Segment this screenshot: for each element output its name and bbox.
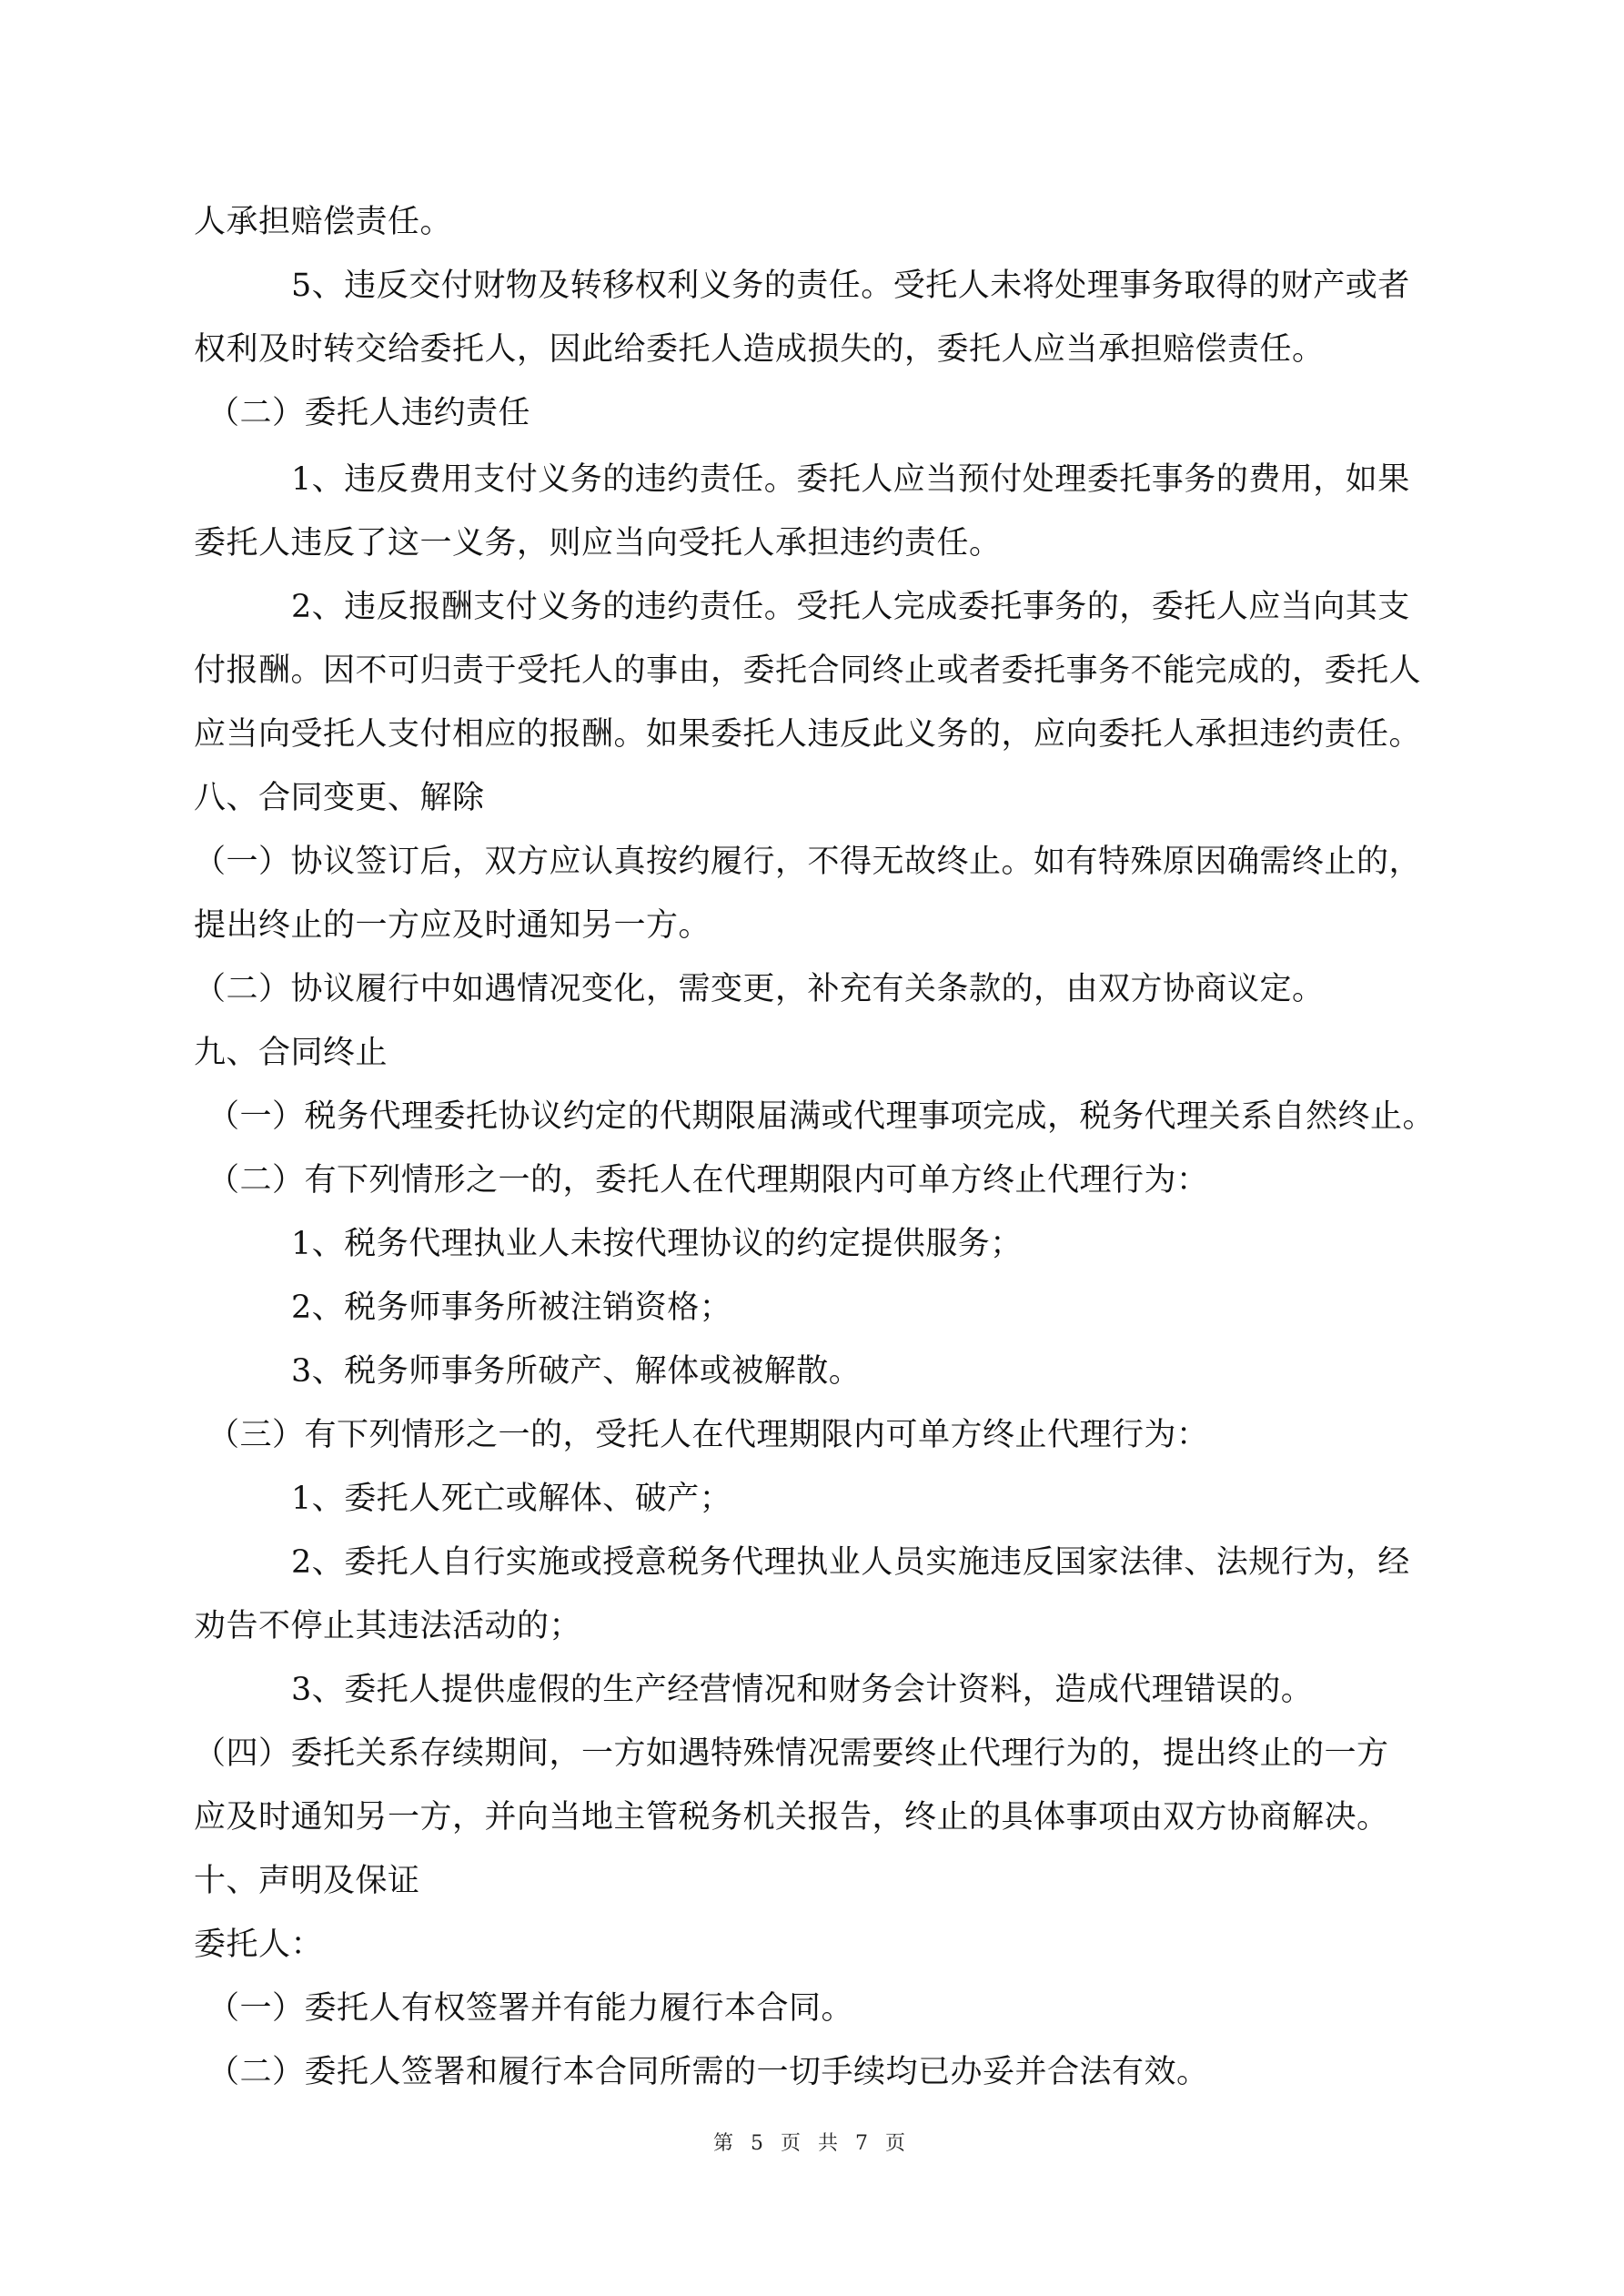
- document-line: 委托人：: [194, 1925, 323, 1965]
- document-line: 应及时通知另一方，并向当地主管税务机关报告，终止的具体事项由双方协商解决。: [194, 1797, 1389, 1837]
- document-line: 九、合同终止: [194, 1033, 388, 1073]
- document-line: 2、委托人自行实施或授意税务代理执业人员实施违反国家法律、法规行为，经: [291, 1542, 1410, 1583]
- document-line: 八、合同变更、解除: [194, 778, 485, 818]
- document-line: （二）协议履行中如遇情况变化，需变更，补充有关条款的，由双方协商议定。: [194, 969, 1325, 1009]
- document-line: 5、违反交付财物及转移权利义务的责任。受托人未将处理事务取得的财产或者: [291, 266, 1410, 306]
- document-line: 3、税务师事务所破产、解体或被解散。: [291, 1351, 861, 1391]
- document-line: 应当向受托人支付相应的报酬。如果委托人违反此义务的，应向委托人承担违约责任。: [194, 714, 1421, 754]
- document-line: （四）委托关系存续期间，一方如遇特殊情况需要终止代理行为的，提出终止的一方: [194, 1734, 1389, 1774]
- document-line: 1、税务代理执业人未按代理协议的约定提供服务；: [291, 1224, 1023, 1264]
- document-line: 人承担赔偿责任。: [194, 202, 452, 242]
- document-line: （一）委托人有权签署并有能力履行本合同。: [207, 1988, 853, 2028]
- document-line: 提出终止的一方应及时通知另一方。: [194, 905, 711, 946]
- document-line: 3、委托人提供虚假的生产经营情况和财务会计资料，造成代理错误的。: [291, 1670, 1313, 1710]
- document-line: 付报酬。因不可归责于受托人的事由，委托合同终止或者委托事务不能完成的，委托人: [194, 651, 1421, 691]
- document-line: 权利及时转交给委托人，因此给委托人造成损失的，委托人应当承担赔偿责任。: [194, 329, 1325, 369]
- document-line: 2、税务师事务所被注销资格；: [291, 1288, 731, 1328]
- document-line: 2、违反报酬支付义务的违约责任。受托人完成委托事务的，委托人应当向其支: [291, 587, 1410, 627]
- document-line: 委托人违反了这一义务，则应当向受托人承担违约责任。: [194, 523, 1002, 563]
- document-line: （三）有下列情形之一的，受托人在代理期限内可单方终止代理行为：: [207, 1415, 1209, 1455]
- document-line: 1、违反费用支付义务的违约责任。委托人应当预付处理委托事务的费用，如果: [291, 460, 1410, 500]
- document-line: 劝告不停止其违法活动的；: [194, 1606, 581, 1646]
- document-line: 1、委托人死亡或解体、破产；: [291, 1479, 731, 1519]
- document-line: 十、声明及保证: [194, 1861, 420, 1901]
- page-number-footer: 第 5 页 共 7 页: [0, 2128, 1624, 2156]
- document-line: （二）委托人违约责任: [207, 393, 530, 433]
- document-line: （二）有下列情形之一的，委托人在代理期限内可单方终止代理行为：: [207, 1160, 1209, 1200]
- document-line: （二）委托人签署和履行本合同所需的一切手续均已办妥并合法有效。: [207, 2052, 1209, 2092]
- document-line: （一）税务代理委托协议约定的代期限届满或代理事项完成，税务代理关系自然终止。: [207, 1097, 1435, 1137]
- document-line: （一）协议签订后，双方应认真按约履行，不得无故终止。如有特殊原因确需终止的，: [194, 842, 1421, 882]
